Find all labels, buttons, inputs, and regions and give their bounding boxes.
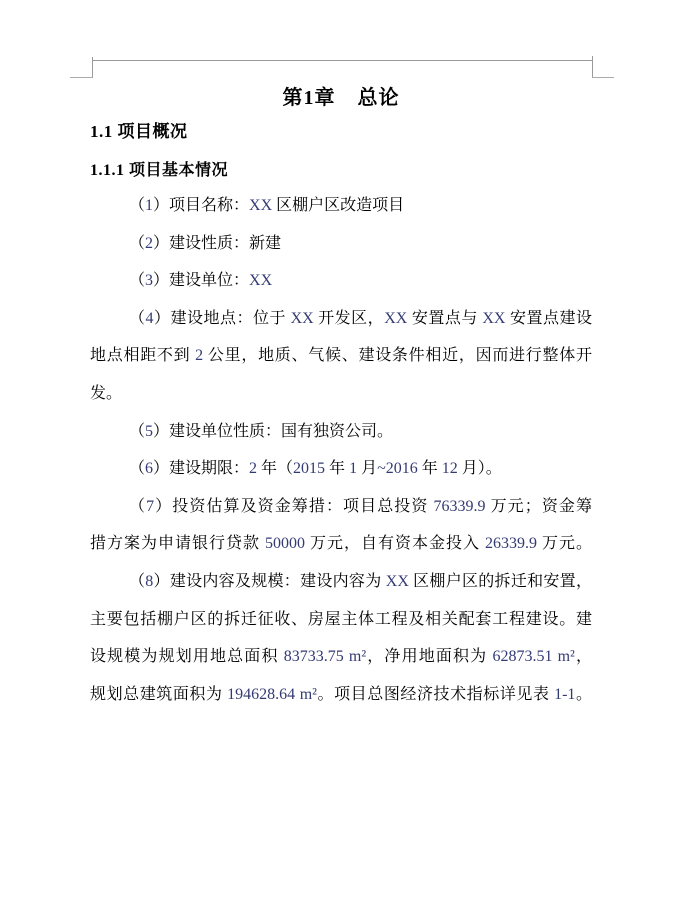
latin-text-run: ~2016 (377, 460, 418, 477)
paragraph-line: 措方案为申请银行贷款 50000 万元，自有资本金投入 26339.9 万元。 (90, 525, 592, 563)
paragraph-line: 发。 (90, 375, 592, 413)
paragraph-line: （7）投资估算及资金筹措：项目总投资 76339.9 万元；资金筹 (90, 488, 592, 526)
latin-text-run: 2015 (293, 460, 325, 477)
latin-text-run: XX (291, 310, 314, 327)
paragraph-line: 主要包括棚户区的拆迁征收、房屋主体工程及相关配套工程建设。建 (90, 601, 592, 639)
latin-text-run: XX (386, 573, 409, 590)
chapter-name: 总论 (358, 87, 400, 109)
paragraph-line: （3）建设单位：XX (90, 262, 592, 300)
latin-text-run: 76339.9 (434, 498, 486, 515)
latin-text-run: 194628.64 (227, 686, 295, 703)
paragraph-line: （2）建设性质：新建 (90, 225, 592, 263)
paragraph: （7）投资估算及资金筹措：项目总投资 76339.9 万元；资金筹措方案为申请银… (90, 488, 592, 563)
latin-text-run: 50000 (265, 535, 305, 552)
latin-text-run: XX (384, 310, 407, 327)
latin-text-run: 1 (349, 460, 357, 477)
latin-text-run: XX (482, 310, 505, 327)
latin-text-run: 1.1 (90, 122, 113, 141)
latin-text-run: 8 (145, 573, 153, 590)
document-page: 第1章 总论 1.1 项目概况 1.1.1 项目基本情况 （1）项目名称：XX … (0, 0, 673, 904)
latin-text-run: 7 (146, 498, 154, 515)
latin-text-run: 2 (249, 460, 257, 477)
paragraph: （4）建设地点：位于 XX 开发区，XX 安置点与 XX 安置点建设地点相距不到… (90, 300, 592, 413)
latin-text-run: m² (349, 648, 366, 665)
latin-text-run: XX (249, 197, 272, 214)
latin-text-run: XX (249, 272, 272, 289)
chapter-title: 第1章 总论 (90, 84, 592, 112)
latin-text-run: 12 (442, 460, 458, 477)
paragraph: （2）建设性质：新建 (90, 225, 592, 263)
latin-text-run: 1 (304, 87, 315, 109)
paragraph: （3）建设单位：XX (90, 262, 592, 300)
latin-text-run: 5 (145, 423, 153, 440)
paragraph: （1）项目名称：XX 区棚户区改造项目 (90, 187, 592, 225)
latin-text-run: 26339.9 (485, 535, 537, 552)
paragraph-line: （1）项目名称：XX 区棚户区改造项目 (90, 187, 592, 225)
paragraph-line: （8）建设内容及规模：建设内容为 XX 区棚户区的拆迁和安置， (90, 563, 592, 601)
latin-text-run: 6 (145, 460, 153, 477)
paragraph-line: 设规模为规划用地总面积 83733.75 m²，净用地面积为 62873.51 … (90, 638, 592, 676)
latin-text-run: m² (300, 686, 317, 703)
paragraph: （6）建设期限：2 年（2015 年 1 月~2016 年 12 月）。 (90, 450, 592, 488)
paragraph-line: （5）建设单位性质：国有独资公司。 (90, 413, 592, 451)
paragraph-line: 规划总建筑面积为 194628.64 m²。项目总图经济技术指标详见表 1-1。 (90, 676, 592, 714)
subsection-heading: 1.1.1 项目基本情况 (90, 161, 592, 181)
latin-text-run: 1 (145, 197, 153, 214)
paragraph: （8）建设内容及规模：建设内容为 XX 区棚户区的拆迁和安置，主要包括棚户区的拆… (90, 563, 592, 713)
latin-text-run: 1-1 (554, 686, 575, 703)
paragraph-line: （6）建设期限：2 年（2015 年 1 月~2016 年 12 月）。 (90, 450, 592, 488)
latin-text-run: 83733.75 (284, 648, 344, 665)
paragraph-line: （4）建设地点：位于 XX 开发区，XX 安置点与 XX 安置点建设 (90, 300, 592, 338)
latin-text-run: m² (558, 648, 575, 665)
latin-text-run: 2 (145, 235, 153, 252)
page-corner-mark-right-vertical (592, 56, 593, 77)
section-heading: 1.1 项目概况 (90, 122, 592, 142)
latin-text-run: 3 (145, 272, 153, 289)
latin-text-run: 1.1.1 (90, 162, 125, 179)
paragraphs: （1）项目名称：XX 区棚户区改造项目（2）建设性质：新建（3）建设单位：XX（… (90, 187, 592, 713)
latin-text-run: 2 (195, 347, 203, 364)
chapter-number: 第1章 (283, 87, 336, 109)
latin-text-run: 4 (146, 310, 154, 327)
page-corner-mark-right-horizontal (592, 77, 614, 78)
paragraph-line: 地点相距不到 2 公里，地质、气候、建设条件相近，因而进行整体开 (90, 337, 592, 375)
paragraph: （5）建设单位性质：国有独资公司。 (90, 413, 592, 451)
document-content: 第1章 总论 1.1 项目概况 1.1.1 项目基本情况 （1）项目名称：XX … (90, 0, 592, 713)
latin-text-run: 62873.51 (492, 648, 552, 665)
